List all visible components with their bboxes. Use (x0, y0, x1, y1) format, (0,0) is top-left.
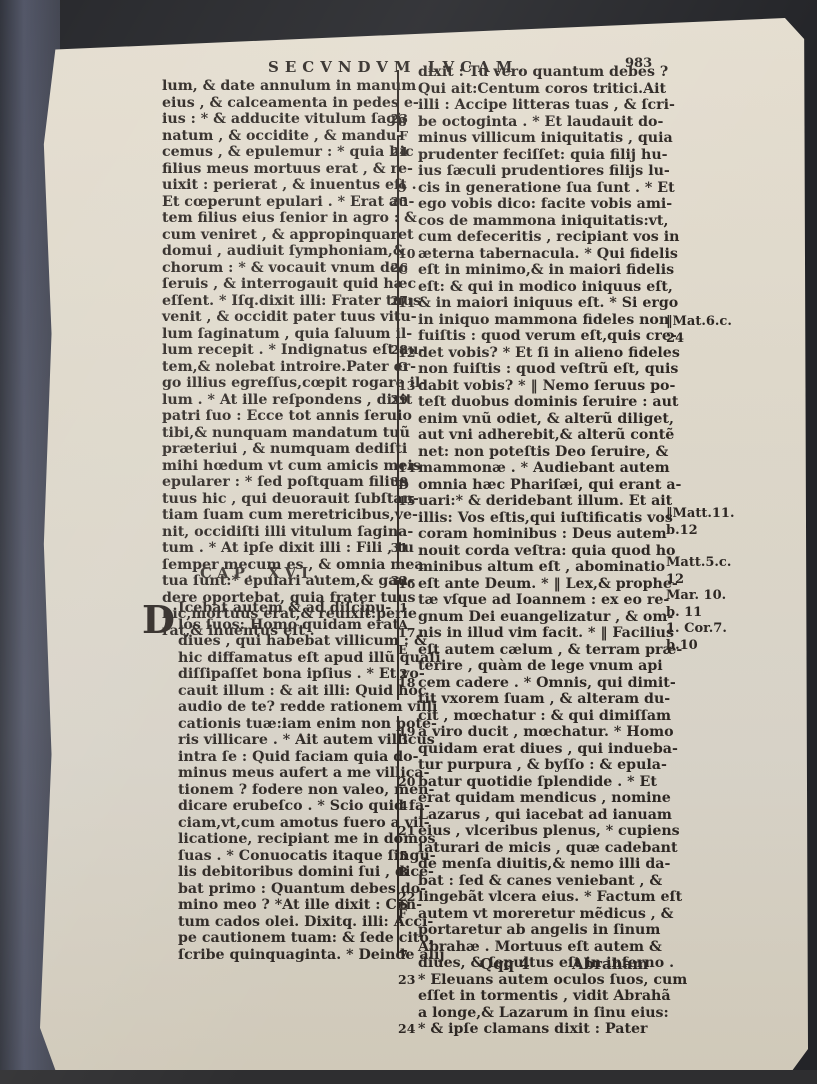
text-line: aut vni adherebit,& alterũ contẽ (418, 427, 668, 444)
text-line: eſſent. * Iſq.dixit illi: Frater tuus (162, 293, 387, 310)
verse-marker: 5 (399, 848, 408, 865)
text-line: lum ſaginatum , quia ſaluum il- (162, 326, 387, 343)
text-line: lingebãt vlcera eius. * Factum eſt (418, 889, 668, 906)
text-line: minus villicum iniquitatis , quia (418, 130, 668, 147)
drop-cap-initial: D (142, 602, 175, 638)
text-line: cum defeceritis , recipiant vos in (418, 229, 668, 246)
text-line: bat : ſed & canes veniebant , & (418, 873, 668, 890)
text-line: ius ſæculi prudentiores filijs lu- (418, 163, 668, 180)
text-line: nit, occidiſti illi vitulum ſagina- (162, 524, 387, 541)
text-line: ſeruis , & interrogauit quid hæc (162, 276, 387, 293)
text-line: in iniquo mammona fideles non (418, 312, 668, 329)
verse-marker: 18 (398, 675, 415, 692)
verse-marker: 12 (398, 345, 415, 362)
text-line: terire , quàm de lege vnum api (418, 658, 668, 675)
verse-marker: 8 (398, 114, 407, 131)
text-line: filius meus mortuus erat , & re- (162, 161, 387, 178)
left-column-text: lum, & date annulum in manumeius , & cal… (162, 78, 387, 639)
text-line: lum recepit . * Indignatus eſt au- (162, 342, 387, 359)
text-line: audio de te? redde rationem villi (178, 699, 445, 716)
text-line: fuiſtis : quod verum eſt,quis cre- (418, 328, 668, 345)
verse-marker: 11 (398, 295, 415, 312)
text-line: tur purpura , & byſſo : & epula- (418, 757, 668, 774)
text-line: omnia hæc Phariſæi, qui erant a- (418, 477, 668, 494)
text-line: æterna tabernacula. * Qui fidelis (418, 246, 668, 263)
text-line: enim vnũ odiet, & alterũ diliget, (418, 411, 668, 428)
catchword: Abraham (572, 955, 648, 973)
verse-marker: 15 (398, 493, 415, 510)
text-line: eius , & calceamenta in pedes e- (162, 95, 387, 112)
text-line: mammonæ . * Audiebant autem (418, 460, 668, 477)
text-line: * & ipſe clamans dixit : Pater (418, 1021, 668, 1038)
verse-marker: 21 (398, 823, 415, 840)
text-line: a viro ducit , mœchatur. * Homo (418, 724, 668, 741)
text-line: be octoginta . * Et laudauit do- (418, 114, 668, 131)
text-line: cos de mammona iniquitatis:vt, (418, 213, 668, 230)
text-line: uixit : perierat , & inuentus eſt . (162, 177, 387, 194)
verse-marker: 19 (398, 724, 415, 741)
text-line: tem filius eius ſenior in agro : & (162, 210, 387, 227)
text-line: dixit : Tu vero quantum debes ? (418, 64, 668, 81)
verse-marker: 10 (398, 246, 415, 263)
text-line: illis: Vos eſtis,qui iuſtificatis vos (418, 510, 668, 527)
text-line: tem,& nolebat introire.Pater er- (162, 359, 387, 376)
text-line: patri ſuo : Ecce tot annis ſeruio (162, 408, 387, 425)
verse-marker: 4 (399, 798, 408, 815)
verse-marker: 7 (399, 947, 408, 964)
text-line: * Eleuans autem oculos ſuos, cum (418, 972, 668, 989)
verse-marker: 24 (391, 144, 408, 161)
verse-marker: E (398, 642, 408, 659)
text-line: Qui ait:Centum coros tritici.Ait (418, 81, 668, 98)
text-line: tum . * At ipſe dixit illi : Fili , tu (162, 540, 387, 557)
text-line: lum, & date annulum in manum (162, 78, 387, 95)
text-line: cis in generatione ſua ſunt . * Et (418, 180, 668, 197)
text-line: & in maiori iniquus eſt. * Si ergo (418, 295, 668, 312)
text-line: tiam ſuam cum meretricibus,ve- (162, 507, 387, 524)
text-line: uari:* & deridebant illum. Et ait (418, 493, 668, 510)
text-line: venit , & occidit pater tuus vitu- (162, 309, 387, 326)
text-line: ſaturari de micis , quæ cadebant (418, 840, 668, 857)
text-line: gnum Dei euangelizatur , & om- (418, 609, 668, 626)
text-line: de menſa diuitis,& nemo illi da- (418, 856, 668, 873)
chapter-heading: CAP. XVI. (200, 564, 323, 582)
text-line: epularer : * ſed poſtquam filius (162, 474, 387, 491)
verse-marker: 17 (398, 625, 415, 642)
text-line: autem vt moreretur mẽdicus , & (418, 906, 668, 923)
text-line: præteriui , & numquam dediſti (162, 441, 387, 458)
verse-marker: D (398, 477, 409, 494)
right-column-text: dixit : Tu vero quantum debes ?Qui ait:C… (418, 64, 668, 1038)
text-line: tit vxorem ſuam , & alteram du- (418, 691, 668, 708)
text-line: illi : Accipe litteras tuas , & ſcri- (418, 97, 668, 114)
verse-marker: 9 (398, 180, 407, 197)
verse-marker: 13 (398, 378, 415, 395)
verse-marker: 1 (399, 600, 408, 617)
text-line: natum , & occidite , & mandu- (162, 128, 387, 145)
text-line: coram hominibus : Deus autem (418, 526, 668, 543)
verse-marker: 16 (398, 576, 415, 593)
text-line: portaretur ab angelis in ſinum (418, 922, 668, 939)
text-line: nouit corda veſtra: quia quod ho (418, 543, 668, 560)
text-line: eſt autem cælum , & terram præ- (418, 642, 668, 659)
text-line: quidam erat diues , qui indueba- (418, 741, 668, 758)
cross-reference-note: ‖Mat.6.c. 24 (666, 314, 732, 347)
text-line: go illius egreſſus,cœpit rogare il- (162, 375, 387, 392)
verse-marker: C (398, 262, 408, 279)
text-line: eſt: & qui in modico iniquus eſt, (418, 279, 668, 296)
text-line: eius , vlceribus plenus, * cupiens (418, 823, 668, 840)
text-line: nis in illud vim facit. * ‖ Facilius (418, 625, 668, 642)
text-line: teſt duobus dominis ſeruire : aut (418, 394, 668, 411)
text-line: Abrahæ . Mortuus eſt autem & (418, 939, 668, 956)
text-line: cum veniret , & appropinquaret (162, 227, 387, 244)
text-line: batur quotidie ſplendide . * Et (418, 774, 668, 791)
signature-mark: Qqq 4 (480, 955, 530, 973)
text-line: intra ſe : Quid faciam quia do- (178, 749, 445, 766)
text-line: eſt ante Deum. * ‖ Lex,& prophe- (418, 576, 668, 593)
verse-marker: 20 (398, 774, 415, 791)
text-line: dabit vobis? * ‖ Nemo ſeruus po- (418, 378, 668, 395)
text-line: prudenter feciſſet: quia filij hu- (418, 147, 668, 164)
text-line: ius : * & adducite vitulum ſagi- (162, 111, 387, 128)
cross-reference-note: Matt.5.c. 12 Mar. 10. b. 11 1. Cor.7. b.… (666, 555, 731, 654)
text-line: lum . * At ille reſpondens , dixit (162, 392, 387, 409)
text-line: tuus hic , qui deuorauit ſubſtan- (162, 491, 387, 508)
verse-marker: F (398, 906, 407, 923)
text-line: cemus , & epulemur : * quia hic (162, 144, 387, 161)
verse-marker: 24 (398, 1021, 415, 1038)
text-line: erat quidam mendicus , nomine (418, 790, 668, 807)
text-line: Lazarus , qui iacebat ad ianuam (418, 807, 668, 824)
text-line: mihi hœdum vt cum amicis meis (162, 458, 387, 475)
verse-marker: 23 (398, 972, 415, 989)
text-line: minibus altum eſt , abominatio (418, 559, 668, 576)
text-line: domui , audiuit ſymphoniam,& (162, 243, 387, 260)
verse-marker: B (397, 864, 408, 881)
text-line: net: non poteſtis Deo ſeruire, & (418, 444, 668, 461)
verse-marker: 22 (398, 889, 415, 906)
text-line: eſſet in tormentis , vidit Abrahã (418, 988, 668, 1005)
text-line: tibi,& nunquam mandatum tuũ (162, 425, 387, 442)
text-line: eſt in minimo,& in maiori fidelis (418, 262, 668, 279)
text-line: non fuiſtis : quod veſtrũ eſt, quis (418, 361, 668, 378)
text-line: pe cautionem tuam: & ſede cito, (178, 930, 445, 947)
text-line: a longe,& Lazarum in ſinu eius: (418, 1005, 668, 1022)
text-line: cit , mœchatur : & qui dimiſſam (418, 708, 668, 725)
text-line: cem cadere . * Omnis, qui dimit- (418, 675, 668, 692)
text-line: tæ vſque ad Ioannem : ex eo re- (418, 592, 668, 609)
text-line: ego vobis dico: facite vobis ami- (418, 196, 668, 213)
verse-marker: 14 (398, 460, 415, 477)
text-line: Et cœperunt epulari . * Erat au- (162, 194, 387, 211)
text-line: det vobis? * Et ſi in alieno fideles (418, 345, 668, 362)
background-bottom (0, 1070, 817, 1084)
cross-reference-note: ‖Matt.11. b.12 (666, 506, 734, 539)
verse-marker: 31 (391, 540, 408, 557)
text-line: chorum : * & vocauit vnum de (162, 260, 387, 277)
